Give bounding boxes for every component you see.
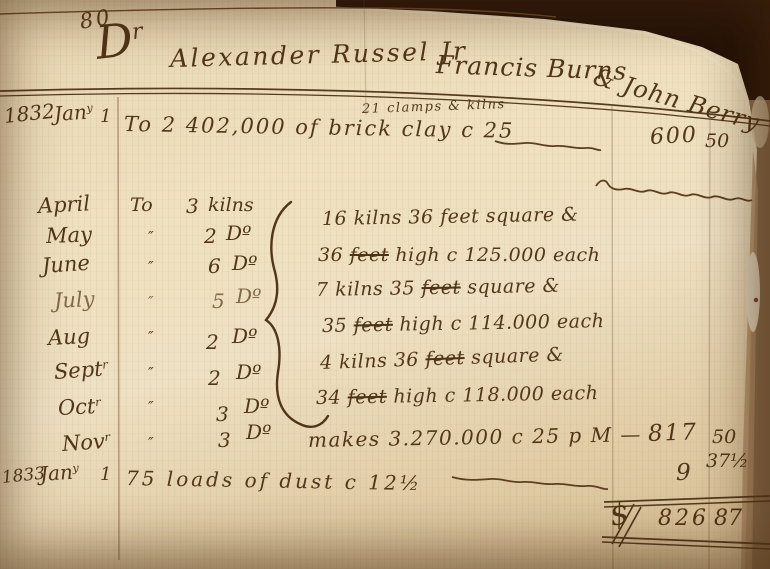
kiln-note-line: 16 kilns 36 feet square & <box>322 206 579 229</box>
amount-cents: 50 <box>705 132 729 151</box>
month-row-nov: Novr ″ 3 Dº <box>36 434 326 464</box>
month-row-sept: Septr ″ 2 Dº <box>36 362 326 392</box>
ditto-mark: ″ <box>148 260 154 275</box>
total-dollars: 826 <box>658 508 709 530</box>
dollar-sign: $ <box>607 499 631 532</box>
month-row-june: June ″ 6 Dº <box>36 256 326 286</box>
ditto-mark: To <box>130 196 153 215</box>
kiln-unit: Dº <box>232 253 257 273</box>
torn-paper-blob <box>746 252 760 332</box>
amount-dollars: 9 <box>676 462 691 485</box>
amount-600-50: 600 50 <box>650 127 750 161</box>
kiln-qty: 3 <box>216 404 229 424</box>
ditto-mark: ″ <box>148 366 154 381</box>
month-row-april: April To 3 kilns <box>36 196 326 226</box>
amount-cents: 50 <box>712 428 736 447</box>
month-label: April <box>37 193 90 217</box>
kiln-note-line: 34 feet high c 118.000 each <box>316 384 599 408</box>
amount-dollars: 600 <box>649 125 698 149</box>
ditto-mark: ″ <box>148 436 154 451</box>
month-label: June <box>41 253 90 277</box>
flourish-under-amount <box>596 181 752 201</box>
entry-day: 1 <box>100 466 111 484</box>
kiln-qty: 5 <box>212 291 225 311</box>
kiln-note-line: 7 kilns 35 feet square & <box>316 277 560 300</box>
dash-after-dust <box>452 477 608 489</box>
amount-dollars: 817 <box>648 421 699 446</box>
ditto-mark: ″ <box>148 230 154 245</box>
kiln-note-line: 35 feet high c 114.000 each <box>322 312 605 336</box>
amount-cents: 37½ <box>706 452 749 471</box>
makes-summary-line: makes 3.270.000 c 25 p M — <box>308 424 642 450</box>
kiln-qty: 6 <box>208 256 221 276</box>
kiln-unit: Dº <box>236 286 261 306</box>
month-row-aug: Aug ″ 2 Dº <box>36 328 326 358</box>
month-label: Octr <box>57 396 101 419</box>
kiln-unit: Dº <box>244 396 269 416</box>
kiln-unit: kilns <box>208 196 254 215</box>
month-row-july: July ″ 5 Dº <box>36 291 326 321</box>
total-cents: 87 <box>714 508 742 530</box>
entry-year: 1832 <box>3 101 56 126</box>
kiln-qty: 2 <box>204 226 217 246</box>
kiln-note-line: 36 feet high c 125.000 each <box>318 246 600 265</box>
kiln-unit: Dº <box>232 326 257 346</box>
total-row: $ 826 87 <box>610 500 760 540</box>
kiln-qty: 3 <box>218 430 231 450</box>
month-label: Novr <box>61 431 111 455</box>
month-row-oct: Octr ″ 3 Dº <box>36 398 326 428</box>
header-name-primary: Alexander Russel Jr <box>170 38 468 71</box>
month-label: May <box>46 224 93 247</box>
ditto-mark: ″ <box>148 400 154 415</box>
entry-month: Jany <box>39 461 79 484</box>
kiln-qty: 2 <box>206 332 219 352</box>
amount-9-37: 9 37½ <box>664 452 764 488</box>
entry-date-1832: 1832 Jany 1 <box>4 106 124 142</box>
ledger-page-photo: 80 Dr Alexander Russel Jr Francis Burns … <box>0 0 770 569</box>
entry-day: 1 <box>100 108 111 126</box>
kiln-unit: Dº <box>236 362 261 382</box>
entry-month: Jany <box>53 101 93 124</box>
month-label: Aug <box>47 326 90 349</box>
dust-description: 75 loads of dust c 12½ <box>126 468 422 493</box>
red-speck <box>754 298 758 302</box>
ditto-mark: ″ <box>148 330 154 345</box>
kiln-unit: Dº <box>246 422 271 442</box>
header-dr-abbrev: Dr <box>94 15 146 66</box>
ditto-mark: ″ <box>148 295 154 310</box>
month-label: Septr <box>53 358 109 383</box>
entry-date-1833: 1833 Jany 1 <box>0 464 124 500</box>
month-label: July <box>53 289 95 312</box>
kiln-unit: Dº <box>226 223 251 243</box>
kiln-qty: 3 <box>186 196 199 216</box>
kiln-qty: 2 <box>208 368 221 388</box>
